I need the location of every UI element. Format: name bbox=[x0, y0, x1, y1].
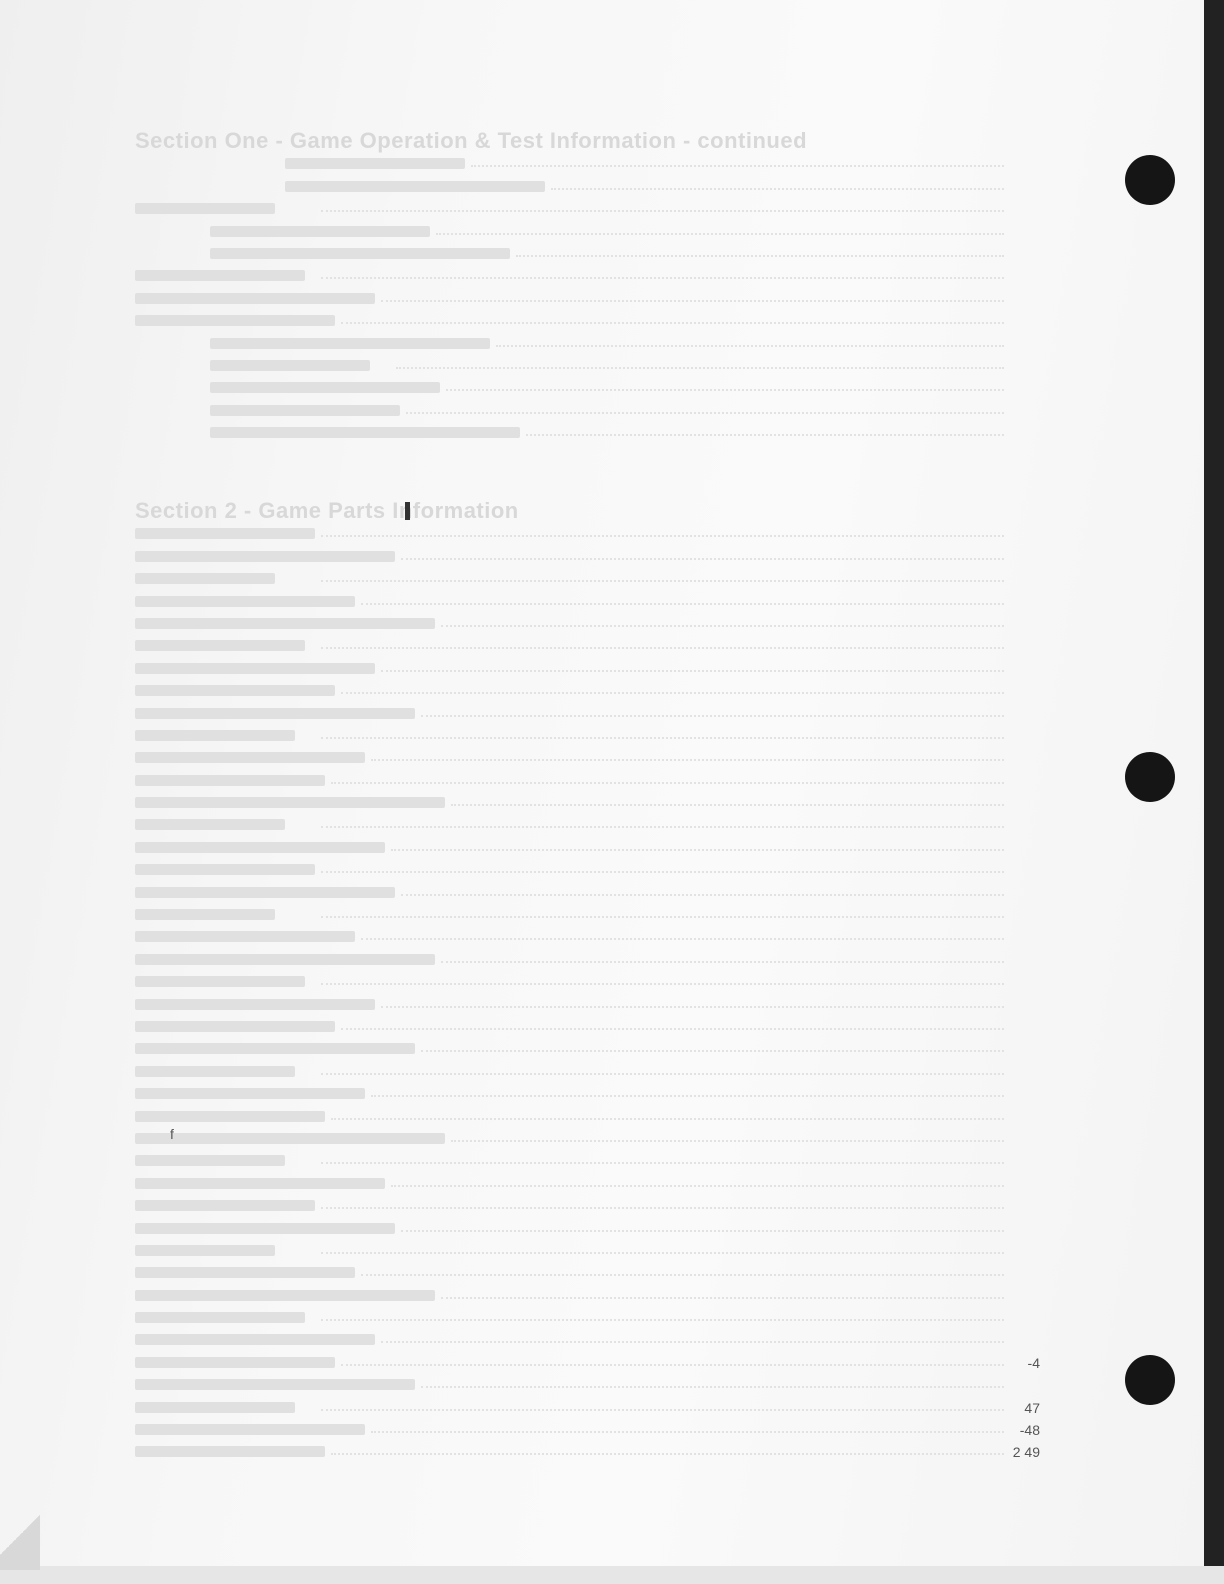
toc-entry bbox=[135, 1013, 1040, 1035]
toc-entry bbox=[135, 901, 1040, 923]
toc-entry bbox=[135, 722, 1040, 744]
toc-entry-label bbox=[135, 247, 510, 262]
toc-entry-label bbox=[135, 1356, 335, 1371]
toc-entry-label bbox=[135, 662, 375, 677]
toc-entry-label bbox=[135, 1020, 335, 1035]
toc-entry-label bbox=[135, 908, 315, 923]
cursor-mark bbox=[405, 502, 410, 520]
toc-entry bbox=[135, 1057, 1040, 1079]
toc-entry-label bbox=[135, 1132, 445, 1147]
toc-entry-label bbox=[135, 292, 375, 307]
toc-entry-label bbox=[135, 796, 445, 811]
toc-entry-label bbox=[135, 1042, 415, 1057]
toc-entry-label bbox=[135, 1266, 355, 1281]
toc-entry bbox=[135, 945, 1040, 967]
dot-leader bbox=[421, 1050, 1004, 1052]
toc-entry bbox=[135, 1169, 1040, 1191]
toc-entry-page: -48 bbox=[1008, 1422, 1040, 1438]
dot-leader bbox=[361, 938, 1004, 940]
dot-leader bbox=[421, 715, 1004, 717]
toc-entry-label bbox=[135, 707, 415, 722]
toc-entry-label bbox=[135, 1401, 315, 1416]
toc-entry bbox=[135, 1326, 1040, 1348]
dot-leader bbox=[341, 322, 1004, 324]
dot-leader bbox=[321, 1207, 1004, 1209]
dot-leader bbox=[496, 345, 1004, 347]
toc-entry bbox=[135, 1035, 1040, 1057]
toc-entry bbox=[135, 172, 1040, 194]
toc-entry-label bbox=[135, 1378, 415, 1393]
toc-entry bbox=[135, 284, 1040, 306]
toc-entry-label bbox=[135, 180, 545, 195]
dot-leader bbox=[371, 759, 1004, 761]
toc-entry bbox=[135, 968, 1040, 990]
dot-leader bbox=[516, 255, 1004, 257]
toc-entry: 47 bbox=[135, 1393, 1040, 1415]
toc-entry bbox=[135, 1281, 1040, 1303]
toc-entry-label bbox=[135, 1222, 395, 1237]
toc-entry-label bbox=[135, 774, 325, 789]
dot-leader bbox=[381, 300, 1004, 302]
dot-leader bbox=[321, 647, 1004, 649]
toc-entry-label bbox=[135, 639, 315, 654]
toc-entry-label bbox=[135, 886, 395, 901]
dot-leader bbox=[371, 1095, 1004, 1097]
toc-entry bbox=[135, 1214, 1040, 1236]
toc-entry bbox=[135, 1147, 1040, 1169]
dot-leader bbox=[321, 737, 1004, 739]
toc-entry bbox=[135, 262, 1040, 284]
toc-entry-label bbox=[135, 1110, 325, 1125]
toc-entry-page: 2 49 bbox=[1008, 1444, 1040, 1460]
toc-entry-label bbox=[135, 225, 430, 240]
toc-entry-label bbox=[135, 359, 390, 374]
page-bottom-edge bbox=[0, 1566, 1224, 1584]
dot-leader bbox=[441, 1297, 1004, 1299]
toc-entry-page: 47 bbox=[1008, 1400, 1040, 1416]
binder-hole-middle bbox=[1125, 752, 1175, 802]
toc-entry bbox=[135, 1192, 1040, 1214]
stray-mark: f bbox=[170, 1126, 174, 1142]
toc-entry bbox=[135, 699, 1040, 721]
dot-leader bbox=[321, 580, 1004, 582]
page-corner bbox=[0, 1500, 40, 1570]
toc-entry bbox=[135, 766, 1040, 788]
toc-entry-label bbox=[135, 202, 315, 217]
toc-entry-label bbox=[135, 157, 465, 172]
toc-entry-label bbox=[135, 729, 315, 744]
dot-leader bbox=[391, 849, 1004, 851]
dot-leader bbox=[321, 1073, 1004, 1075]
toc-entry: -4 bbox=[135, 1348, 1040, 1370]
dot-leader bbox=[341, 1028, 1004, 1030]
toc-entry bbox=[135, 923, 1040, 945]
toc-entry-label bbox=[135, 841, 385, 856]
toc-entry bbox=[135, 352, 1040, 374]
dot-leader bbox=[341, 692, 1004, 694]
toc-entry bbox=[135, 632, 1040, 654]
dot-leader bbox=[451, 804, 1004, 806]
toc-entry bbox=[135, 307, 1040, 329]
toc-entry-label bbox=[135, 269, 315, 284]
toc-entry bbox=[135, 878, 1040, 900]
toc-entry: -48 bbox=[135, 1416, 1040, 1438]
dot-leader bbox=[321, 871, 1004, 873]
toc-entry bbox=[135, 520, 1040, 542]
toc-entry bbox=[135, 833, 1040, 855]
toc-entry-label bbox=[135, 1445, 325, 1460]
toc-entry-label bbox=[135, 1177, 385, 1192]
toc-entry-label bbox=[135, 863, 315, 878]
toc-entry-label bbox=[135, 975, 315, 990]
toc-entry bbox=[135, 542, 1040, 564]
toc-entry bbox=[135, 329, 1040, 351]
dot-leader bbox=[321, 826, 1004, 828]
toc-entry bbox=[135, 744, 1040, 766]
dot-leader bbox=[381, 1341, 1004, 1343]
dot-leader bbox=[321, 916, 1004, 918]
toc-entry-label bbox=[135, 818, 315, 833]
dot-leader bbox=[436, 233, 1004, 235]
toc-entry-page: -4 bbox=[1008, 1355, 1040, 1371]
dot-leader bbox=[321, 983, 1004, 985]
toc-entry-label bbox=[135, 595, 355, 610]
dot-leader bbox=[446, 389, 1004, 391]
binder-hole-bottom bbox=[1125, 1355, 1175, 1405]
dot-leader bbox=[321, 1252, 1004, 1254]
toc-entry-label bbox=[135, 404, 400, 419]
dot-leader bbox=[381, 670, 1004, 672]
toc-entry bbox=[135, 856, 1040, 878]
toc-entry bbox=[135, 374, 1040, 396]
toc-entry bbox=[135, 1080, 1040, 1102]
dot-leader bbox=[331, 1118, 1004, 1120]
dot-leader bbox=[391, 1185, 1004, 1187]
toc-entry bbox=[135, 990, 1040, 1012]
dot-leader bbox=[421, 1386, 1004, 1388]
toc-entry-label bbox=[135, 314, 335, 329]
toc-entry-label bbox=[135, 930, 355, 945]
toc-entry bbox=[135, 419, 1040, 441]
section1-toc bbox=[135, 150, 1040, 441]
scanner-edge bbox=[1204, 0, 1224, 1584]
toc-entry-label bbox=[135, 998, 375, 1013]
toc-entry bbox=[135, 217, 1040, 239]
toc-entry bbox=[135, 811, 1040, 833]
toc-entry-label bbox=[135, 751, 365, 766]
toc-entry-label bbox=[135, 1154, 315, 1169]
dot-leader bbox=[381, 1006, 1004, 1008]
toc-entry bbox=[135, 654, 1040, 676]
toc-entry bbox=[135, 195, 1040, 217]
dot-leader bbox=[471, 165, 1004, 167]
dot-leader bbox=[321, 210, 1004, 212]
toc-entry-label bbox=[135, 617, 435, 632]
toc-entry bbox=[135, 1259, 1040, 1281]
toc-entry-label bbox=[135, 1311, 315, 1326]
toc-entry bbox=[135, 789, 1040, 811]
toc-entry-label bbox=[135, 572, 315, 587]
dot-leader bbox=[401, 894, 1004, 896]
binder-hole-top bbox=[1125, 155, 1175, 205]
dot-leader bbox=[551, 188, 1004, 190]
toc-entry bbox=[135, 1125, 1040, 1147]
toc-entry-label bbox=[135, 527, 315, 542]
dot-leader bbox=[406, 412, 1004, 414]
toc-entry-label bbox=[135, 1065, 315, 1080]
dot-leader bbox=[441, 961, 1004, 963]
toc-entry bbox=[135, 587, 1040, 609]
toc-entry-label bbox=[135, 337, 490, 352]
toc-entry bbox=[135, 1371, 1040, 1393]
dot-leader bbox=[321, 1409, 1004, 1411]
dot-leader bbox=[451, 1140, 1004, 1142]
dot-leader bbox=[321, 535, 1004, 537]
dot-leader bbox=[526, 434, 1004, 436]
dot-leader bbox=[401, 1230, 1004, 1232]
toc-entry bbox=[135, 610, 1040, 632]
dot-leader bbox=[331, 1453, 1004, 1455]
toc-entry-label bbox=[135, 1244, 315, 1259]
toc-entry-label bbox=[135, 684, 335, 699]
toc-entry bbox=[135, 677, 1040, 699]
toc-entry-label bbox=[135, 550, 395, 565]
toc-entry-label bbox=[135, 381, 440, 396]
toc-entry bbox=[135, 240, 1040, 262]
toc-entry bbox=[135, 565, 1040, 587]
dot-leader bbox=[321, 277, 1004, 279]
dot-leader bbox=[396, 367, 1004, 369]
toc-entry-label bbox=[135, 1333, 375, 1348]
toc-entry-label bbox=[135, 426, 520, 441]
toc-entry bbox=[135, 1237, 1040, 1259]
toc-entry bbox=[135, 396, 1040, 418]
dot-leader bbox=[321, 1319, 1004, 1321]
toc-entry bbox=[135, 150, 1040, 172]
toc-entry: 2 49 bbox=[135, 1438, 1040, 1460]
toc-entry-label bbox=[135, 1423, 365, 1438]
toc-entry-label bbox=[135, 1289, 435, 1304]
toc-entry bbox=[135, 1102, 1040, 1124]
dot-leader bbox=[361, 603, 1004, 605]
dot-leader bbox=[331, 782, 1004, 784]
dot-leader bbox=[361, 1274, 1004, 1276]
dot-leader bbox=[401, 558, 1004, 560]
dot-leader bbox=[341, 1364, 1004, 1366]
dot-leader bbox=[371, 1431, 1004, 1433]
dot-leader bbox=[441, 625, 1004, 627]
toc-entry-label bbox=[135, 1199, 315, 1214]
dot-leader bbox=[321, 1162, 1004, 1164]
toc-entry-label bbox=[135, 1087, 365, 1102]
toc-entry-label bbox=[135, 953, 435, 968]
toc-entry bbox=[135, 1304, 1040, 1326]
section2-toc: -447-482 49 bbox=[135, 520, 1040, 1460]
